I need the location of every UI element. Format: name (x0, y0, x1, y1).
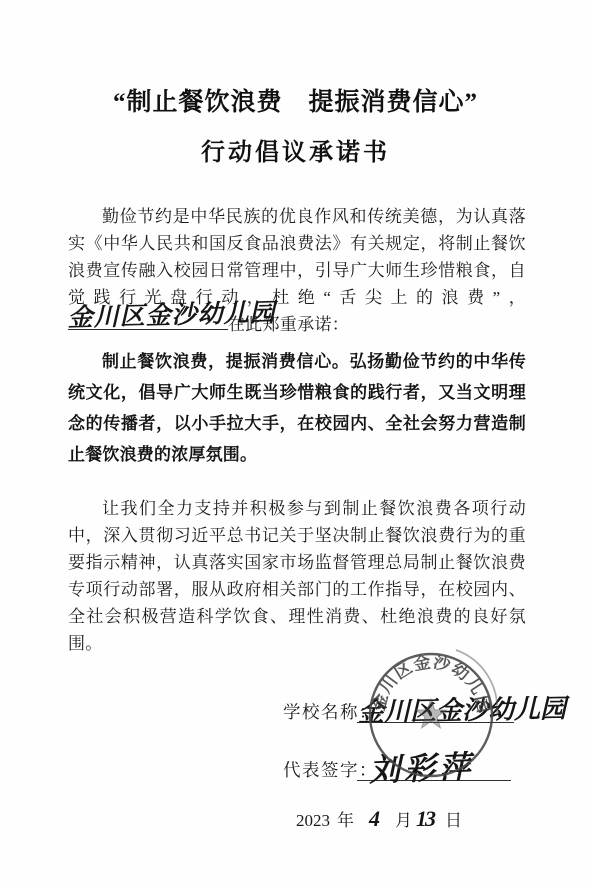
paragraph-intro-text: 勤俭节约是中华民族的优良作风和传统美德，为认真落实《中华人民共和国反食品浪费法》… (68, 207, 526, 307)
date-month-unit: 月 (395, 806, 412, 831)
date-line: 2023 年 4 月 13 日 (296, 806, 462, 832)
paragraph-action: 让我们全力支持并积极参与到制止餐饮浪费各项行动中，深入贯彻习近平总书记关于坚决制… (68, 495, 526, 657)
school-name-blank: 金川区金沙幼儿园 (68, 311, 228, 330)
representative-signature-underline: 刘彩萍 (357, 735, 511, 781)
document-page: “制止餐饮浪费 提振消费信心” 行动倡议承诺书 勤俭节约是中华民族的优良作风和传… (0, 0, 591, 886)
date-day-unit: 日 (445, 806, 462, 831)
handwritten-signature: 刘彩萍 (368, 741, 475, 790)
document-title-line1: “制止餐饮浪费 提振消费信心” (0, 82, 591, 118)
school-name-underline: 金川区金沙幼儿园 (357, 679, 514, 723)
paragraph-intro: 勤俭节约是中华民族的优良作风和传统美德，为认真落实《中华人民共和国反食品浪费法》… (68, 203, 526, 338)
paragraph-pledge: 制止餐饮浪费，提振消费信心。弘扬勤俭节约的中华传统文化，倡导广大师生既当珍惜粮食… (68, 346, 526, 470)
document-title-line2: 行动倡议承诺书 (0, 132, 591, 167)
date-year-unit: 年 (337, 806, 354, 831)
handwritten-school-name-inline: 金川区金沙幼儿园 (67, 300, 276, 332)
date-year: 2023 (296, 811, 330, 831)
handwritten-day: 13 (416, 806, 434, 832)
handwritten-school-name: 金川区金沙幼儿园 (358, 688, 567, 729)
handwritten-month: 4 (369, 806, 380, 832)
